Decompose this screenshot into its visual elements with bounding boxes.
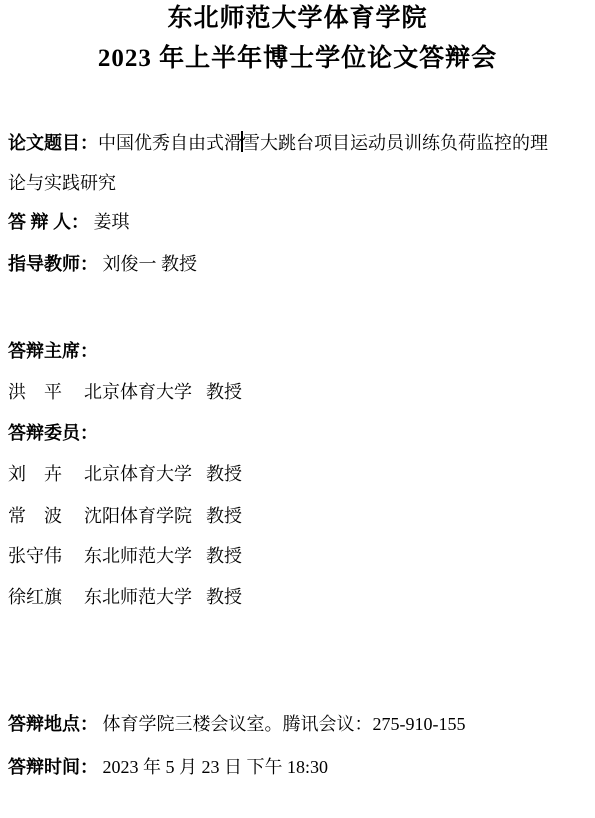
committee-member-row: 张守伟 东北师范大学 教授 (8, 546, 587, 568)
member-title: 教授 (206, 587, 242, 609)
supervisor-name: 刘俊一 教授 (103, 254, 198, 274)
defense-location-label: 答辩地点： (8, 714, 98, 734)
document-title-line2: 2023 年上半年博士学位论文答辩会 (8, 44, 587, 74)
member-org: 沈阳体育学院 (84, 506, 206, 528)
thesis-title-text-after-cursor: 雪大跳台项目运动员训练负荷监控的理 (242, 133, 548, 153)
defender-name: 姜琪 (94, 212, 130, 232)
member-title: 教授 (206, 546, 242, 568)
document-title-line1: 东北师范大学体育学院 (8, 4, 587, 34)
defender-line: 答 辩 人： 姜琪 (8, 212, 587, 234)
member-name: 常 波 (8, 506, 84, 528)
defense-location-line: 答辩地点： 体育学院三楼会议室。腾讯会议：275-910-155 (8, 714, 587, 736)
member-org: 北京体育大学 (84, 382, 206, 404)
thesis-title-line1: 论文题目：中国优秀自由式滑雪大跳台项目运动员训练负荷监控的理 (8, 131, 587, 155)
committee-member-row: 常 波 沈阳体育学院 教授 (8, 506, 587, 528)
member-title: 教授 (206, 506, 242, 528)
member-org: 北京体育大学 (84, 464, 206, 486)
chair-member-row: 洪 平 北京体育大学 教授 (8, 382, 587, 404)
defense-time-value: 2023 年 5 月 23 日 下午 18:30 (103, 757, 329, 777)
committee-section-label: 答辩委员： (8, 423, 587, 445)
thesis-title-text-before-cursor: 中国优秀自由式滑 (98, 133, 242, 153)
committee-member-row: 刘 卉 北京体育大学 教授 (8, 464, 587, 486)
defense-time-label: 答辩时间： (8, 757, 98, 777)
thesis-title-line2: 论与实践研究 (8, 173, 587, 195)
supervisor-line: 指导教师： 刘俊一 教授 (8, 254, 587, 276)
member-name: 洪 平 (8, 382, 84, 404)
document-page: 东北师范大学体育学院 2023 年上半年博士学位论文答辩会 论文题目：中国优秀自… (0, 0, 595, 818)
member-name: 张守伟 (8, 546, 84, 568)
defender-label: 答 辩 人： (8, 212, 89, 232)
defense-time-line: 答辩时间： 2023 年 5 月 23 日 下午 18:30 (8, 757, 587, 779)
member-org: 东北师范大学 (84, 546, 206, 568)
defense-location-value: 体育学院三楼会议室。腾讯会议：275-910-155 (103, 714, 466, 734)
supervisor-label: 指导教师： (8, 254, 98, 274)
member-org: 东北师范大学 (84, 587, 206, 609)
member-title: 教授 (206, 464, 242, 486)
chair-section-label: 答辩主席： (8, 341, 587, 363)
member-name: 徐红旗 (8, 587, 84, 609)
thesis-title-label: 论文题目： (8, 133, 98, 153)
member-title: 教授 (206, 382, 242, 404)
member-name: 刘 卉 (8, 464, 84, 486)
committee-member-row: 徐红旗 东北师范大学 教授 (8, 587, 587, 609)
